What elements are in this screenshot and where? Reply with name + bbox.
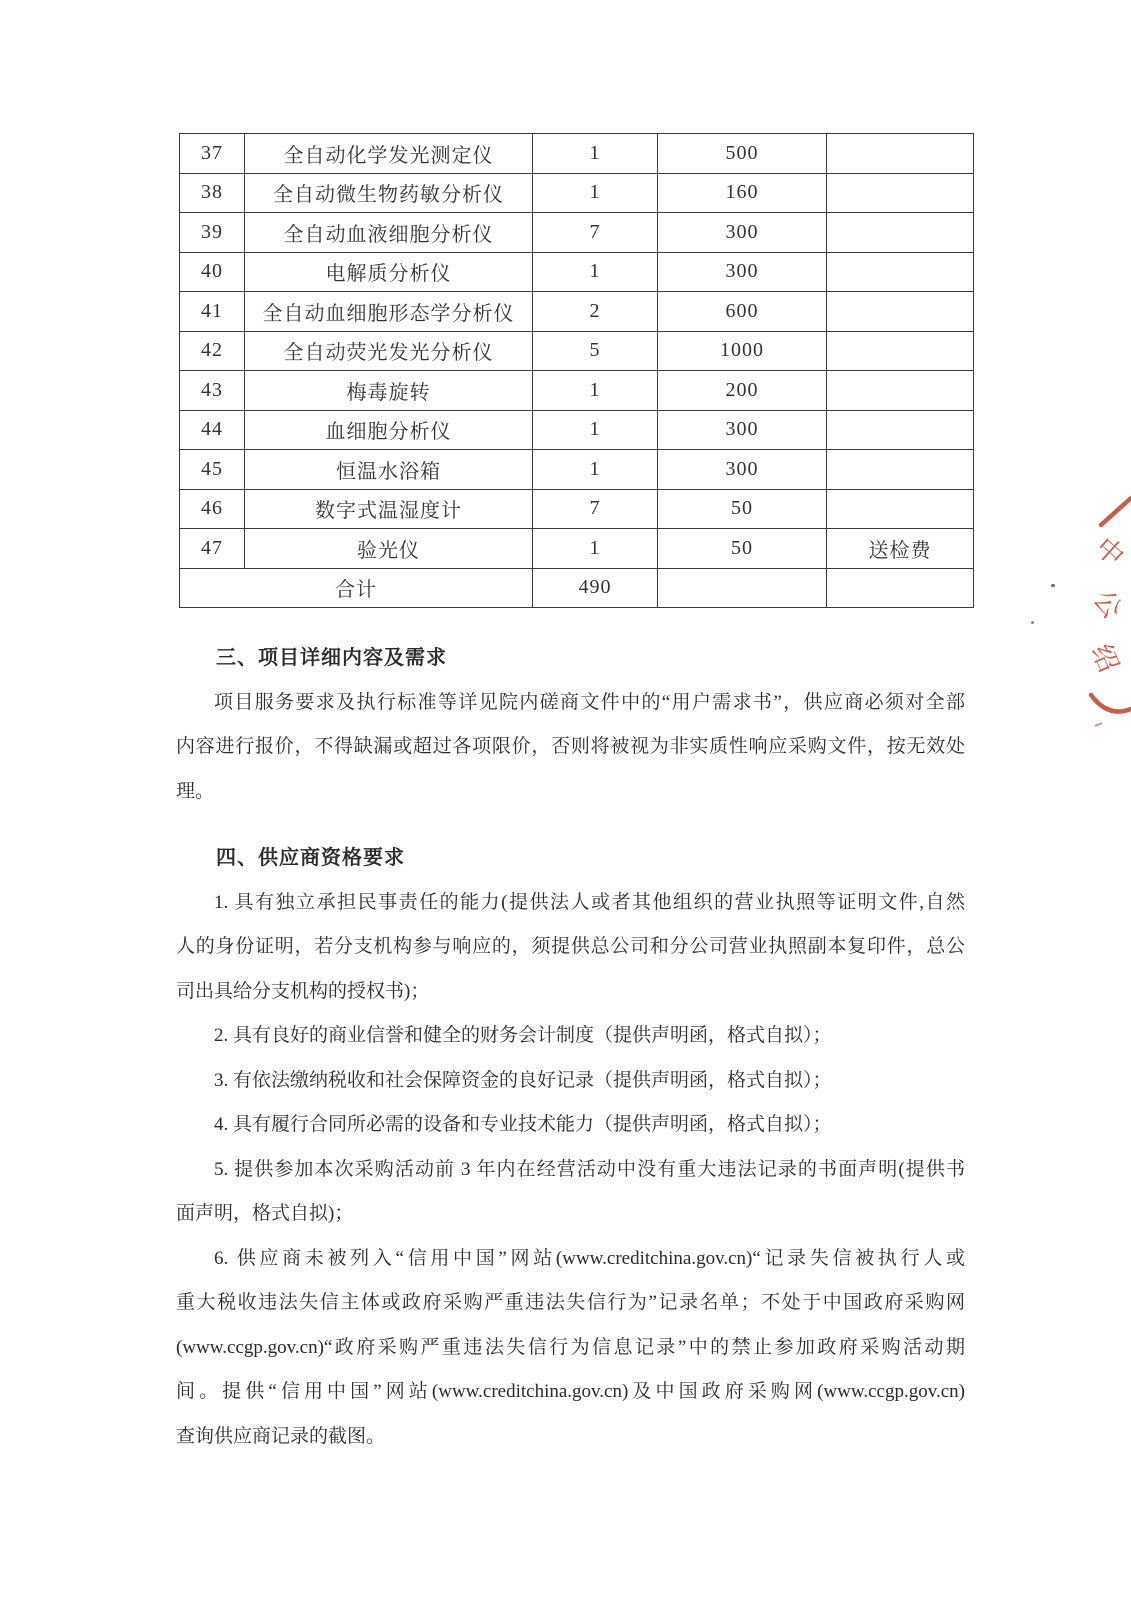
requirement-line: 2. 具有良好的商业信誉和健全的财务会计制度（提供声明函，格式自拟）； xyxy=(176,1014,965,1059)
row-number-cell: 45 xyxy=(180,450,245,490)
item-name-cell: 全自动血细胞形态学分析仪 xyxy=(245,292,533,332)
price-cell: 300 xyxy=(658,252,827,292)
total-label-cell: 合计 xyxy=(180,568,533,608)
document-page: 37 全自动化学发光测定仪 1 500 38 全自动微生物药敏分析仪 1 160… xyxy=(0,0,1131,1600)
quantity-cell: 7 xyxy=(533,213,658,253)
table-row: 40 电解质分析仪 1 300 xyxy=(180,252,974,292)
quantity-cell: 7 xyxy=(533,489,658,529)
note-cell xyxy=(827,292,974,332)
table-row: 37 全自动化学发光测定仪 1 500 xyxy=(180,134,974,174)
note-cell xyxy=(827,173,974,213)
requirement-line: 5. 提供参加本次采购活动前 3 年内在经营活动中没有重大违法记录的书面声明(提… xyxy=(176,1148,965,1193)
table-row: 47 验光仪 1 50 送检费 xyxy=(180,529,974,569)
quantity-cell: 2 xyxy=(533,292,658,332)
price-cell: 160 xyxy=(658,173,827,213)
row-number-cell: 42 xyxy=(180,331,245,371)
scan-speck xyxy=(1051,584,1055,587)
price-cell: 50 xyxy=(658,529,827,569)
note-cell xyxy=(827,450,974,490)
row-number-cell: 37 xyxy=(180,134,245,174)
seal-char: 公 xyxy=(1088,585,1128,624)
table-row: 43 梅毒旋转 1 200 xyxy=(180,371,974,411)
requirement-line: 重大税收违法失信主体或政府采购严重违法失信行为”记录名单；不处于中国政府采购网 xyxy=(176,1281,965,1326)
quantity-cell: 5 xyxy=(533,331,658,371)
price-cell: 300 xyxy=(658,410,827,450)
row-number-cell: 47 xyxy=(180,529,245,569)
total-quantity-cell: 490 xyxy=(533,568,658,608)
requirement-line: 查询供应商记录的截图。 xyxy=(176,1415,965,1460)
seal-border-arc xyxy=(1091,695,1131,712)
note-cell xyxy=(827,410,974,450)
table-row: 38 全自动微生物药敏分析仪 1 160 xyxy=(180,173,974,213)
table-row: 45 恒温水浴箱 1 300 xyxy=(180,450,974,490)
row-number-cell: 39 xyxy=(180,213,245,253)
price-cell: 1000 xyxy=(658,331,827,371)
quantity-cell: 1 xyxy=(533,410,658,450)
row-number-cell: 44 xyxy=(180,410,245,450)
quantity-cell: 1 xyxy=(533,371,658,411)
equipment-table: 37 全自动化学发光测定仪 1 500 38 全自动微生物药敏分析仪 1 160… xyxy=(179,133,974,608)
item-name-cell: 恒温水浴箱 xyxy=(245,450,533,490)
row-number-cell: 41 xyxy=(180,292,245,332)
seal-mark xyxy=(1095,723,1102,726)
quantity-cell: 1 xyxy=(533,529,658,569)
requirement-line: 3. 有依法缴纳税收和社会保障资金的良好记录（提供声明函，格式自拟）； xyxy=(176,1059,965,1104)
item-name-cell: 血细胞分析仪 xyxy=(245,410,533,450)
paragraph-line: 内容进行报价，不得缺漏或超过各项限价，否则将被视为非实质性响应采购文件，按无效处 xyxy=(176,725,965,770)
note-cell xyxy=(827,331,974,371)
item-name-cell: 全自动化学发光测定仪 xyxy=(245,134,533,174)
table-row: 39 全自动血液细胞分析仪 7 300 xyxy=(180,213,974,253)
row-number-cell: 43 xyxy=(180,371,245,411)
price-cell: 300 xyxy=(658,450,827,490)
quantity-cell: 1 xyxy=(533,252,658,292)
requirement-line: 司出具给分支机构的授权书)； xyxy=(176,970,965,1015)
total-price-cell xyxy=(658,568,827,608)
total-row: 合计 490 xyxy=(180,568,974,608)
requirement-line: 6. 供应商未被列入“信用中国”网站(www.creditchina.gov.c… xyxy=(176,1237,965,1282)
note-cell xyxy=(827,371,974,411)
requirement-line: 1. 具有独立承担民事责任的能力(提供法人或者其他组织的营业执照等证明文件,自然 xyxy=(176,881,965,926)
requirement-line: (www.ccgp.gov.cn)“政府采购严重违法失信行为信息记录”中的禁止参… xyxy=(176,1326,965,1371)
seal-char: 中 xyxy=(1090,532,1130,572)
note-cell: 送检费 xyxy=(827,529,974,569)
requirement-line: 间。提供“信用中国”网站(www.creditchina.gov.cn)及中国政… xyxy=(176,1370,965,1415)
table-row: 42 全自动荧光发光分析仪 5 1000 xyxy=(180,331,974,371)
table-row: 41 全自动血细胞形态学分析仪 2 600 xyxy=(180,292,974,332)
document-body: 三、项目详细内容及需求 项目服务要求及执行标准等详见院内磋商文件中的“用户需求书… xyxy=(176,636,965,1459)
table-row: 46 数字式温湿度计 7 50 xyxy=(180,489,974,529)
note-cell xyxy=(827,252,974,292)
item-name-cell: 梅毒旋转 xyxy=(245,371,533,411)
note-cell xyxy=(827,213,974,253)
scan-speck xyxy=(1031,621,1034,624)
requirement-line: 4. 具有履行合同所必需的设备和专业技术能力（提供声明函，格式自拟）； xyxy=(176,1103,965,1148)
paragraph-line: 项目服务要求及执行标准等详见院内磋商文件中的“用户需求书”，供应商必须对全部 xyxy=(176,681,965,726)
price-cell: 500 xyxy=(658,134,827,174)
paragraph-line: 理。 xyxy=(176,770,965,815)
item-name-cell: 电解质分析仪 xyxy=(245,252,533,292)
row-number-cell: 40 xyxy=(180,252,245,292)
official-seal-stamp: 中 公 绍 xyxy=(1088,494,1131,732)
section4-heading: 四、供应商资格要求 xyxy=(176,836,965,881)
seal-ray-stroke xyxy=(1101,498,1131,525)
requirement-line: 面声明，格式自拟)； xyxy=(176,1192,965,1237)
price-cell: 300 xyxy=(658,213,827,253)
seal-char: 绍 xyxy=(1088,640,1124,677)
quantity-cell: 1 xyxy=(533,134,658,174)
item-name-cell: 数字式温湿度计 xyxy=(245,489,533,529)
row-number-cell: 38 xyxy=(180,173,245,213)
item-name-cell: 验光仪 xyxy=(245,529,533,569)
note-cell xyxy=(827,489,974,529)
note-cell xyxy=(827,134,974,174)
requirement-line: 人的身份证明，若分支机构参与响应的，须提供总公司和分公司营业执照副本复印件，总公 xyxy=(176,925,965,970)
quantity-cell: 1 xyxy=(533,173,658,213)
row-number-cell: 46 xyxy=(180,489,245,529)
price-cell: 600 xyxy=(658,292,827,332)
item-name-cell: 全自动荧光发光分析仪 xyxy=(245,331,533,371)
item-name-cell: 全自动血液细胞分析仪 xyxy=(245,213,533,253)
section3-heading: 三、项目详细内容及需求 xyxy=(176,636,965,681)
item-name-cell: 全自动微生物药敏分析仪 xyxy=(245,173,533,213)
total-note-cell xyxy=(827,568,974,608)
price-cell: 200 xyxy=(658,371,827,411)
table-row: 44 血细胞分析仪 1 300 xyxy=(180,410,974,450)
price-cell: 50 xyxy=(658,489,827,529)
quantity-cell: 1 xyxy=(533,450,658,490)
